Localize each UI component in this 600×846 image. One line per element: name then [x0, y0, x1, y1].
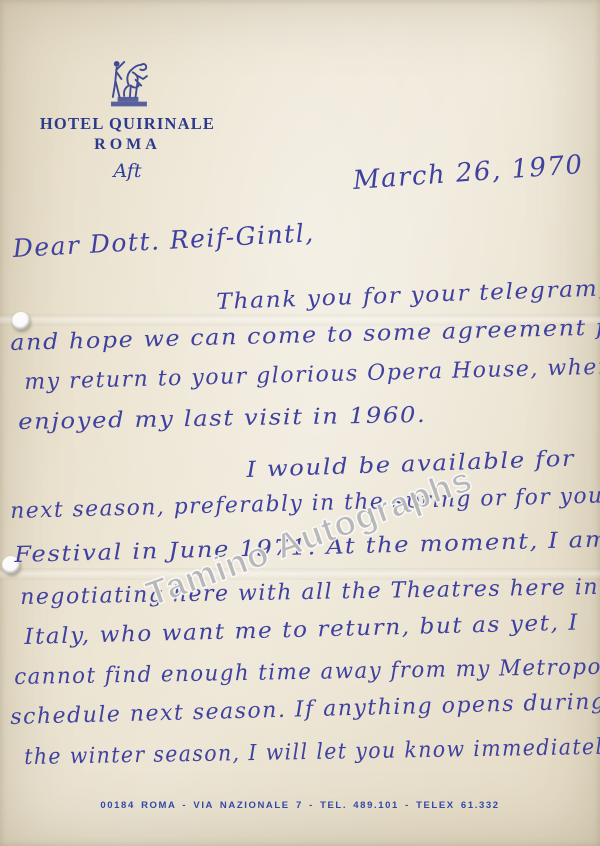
letter-line: the winter season, I will let you know i…: [24, 735, 600, 770]
letter-line: Italy, who want me to return, but as yet…: [24, 610, 579, 650]
letter-line: and hope we can come to some agreement f…: [10, 315, 600, 356]
letter-scan: HOTEL QUIRINALE ROMA Aft March 26, 1970 …: [0, 0, 600, 846]
hole-punch: [12, 312, 30, 330]
letter-line: negotiating here with all the Theatres h…: [20, 575, 599, 610]
letter-line: cannot find enough time away from my Met…: [14, 654, 600, 690]
letterhead: HOTEL QUIRINALE ROMA Aft: [20, 44, 235, 182]
letter-line: next season, preferably in the spring or…: [10, 483, 600, 524]
letter-date: March 26, 1970: [352, 150, 584, 196]
letter-line: Festival in June 1971. At the moment, I …: [14, 527, 600, 568]
letter-line: Thank you for your telegram,: [216, 276, 600, 315]
letter-line: I would be available for: [246, 447, 576, 483]
letter-line: enjoyed my last visit in 1960.: [18, 403, 427, 435]
footer-address: 00184 ROMA - VIA NAZIONALE 7 - TEL. 489.…: [0, 800, 600, 811]
hotel-name: HOTEL QUIRINALE: [20, 114, 235, 135]
handwritten-mark: Aft: [20, 160, 235, 182]
letter-line: my return to your glorious Opera House, …: [24, 354, 600, 395]
quirinale-statue-icon: [91, 44, 165, 112]
letter-salutation: Dear Dott. Reif-Gintl,: [12, 218, 315, 263]
letter-line: schedule next season. If anything opens …: [10, 689, 600, 730]
hotel-city: ROMA: [20, 135, 235, 154]
